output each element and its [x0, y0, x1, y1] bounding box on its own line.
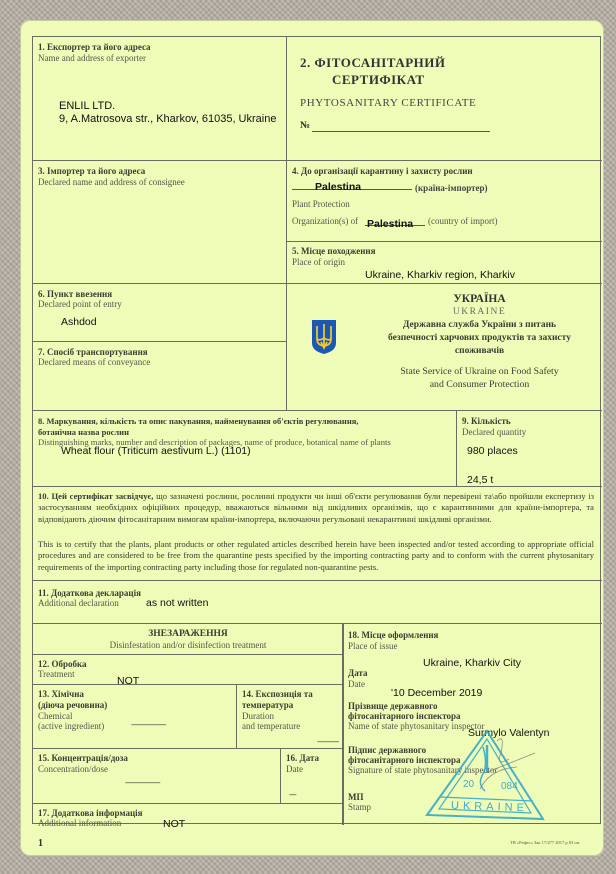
box-17-content: 17. Додаткова інформація Additional info…: [33, 804, 343, 825]
authority-name-ua-line1: Державна служба України з питань: [357, 319, 602, 332]
authority-name-en-line1: State Service of Ukraine on Food Safety: [357, 365, 602, 378]
box-3-label-ua: 3. Імпортер та його адреса: [38, 166, 145, 177]
box-15-label-ua: 15. Концентрація/доза: [38, 753, 128, 764]
stamp-label-en: Stamp: [348, 802, 371, 813]
issue-date-value: '10 December 2019: [391, 687, 482, 700]
box-9-label-ua: 9. Кількість: [462, 416, 511, 427]
point-of-entry-value: Ashdod: [61, 316, 97, 329]
treatment-date-value: -----: [289, 792, 296, 799]
exporter-address: 9, A.Matrosova str., Kharkov, 61035, Ukr…: [59, 113, 276, 126]
box-3-consignee: 3. Імпортер та його адреса Declared name…: [33, 161, 287, 284]
trident-coat-of-arms-icon: [311, 319, 337, 355]
box-5-label-en: Place of origin: [292, 257, 345, 268]
box-9-label-en: Declared quantity: [462, 427, 526, 438]
importer-country-value-en: Palestina: [367, 218, 413, 231]
issue-date-label-en: Date: [348, 679, 365, 690]
import-country-suffix-en: (country of import): [428, 216, 497, 227]
place-of-issue-value: Ukraine, Kharkiv City: [423, 657, 521, 670]
box-18-place-of-issue: 18. Місце оформлення Place of issue Ukra…: [343, 624, 602, 825]
goods-description-value: Wheat flour (Triticum aestivum L.) (1101…: [61, 445, 251, 458]
certification-text-ua: 10. Цей сертифікат засвідчує, що зазначе…: [38, 491, 594, 525]
box-13-label-en-line2: (active ingredient): [38, 721, 104, 732]
box-11-additional-declaration: 11. Додаткова декларація Additional decl…: [33, 581, 602, 624]
box-1-label-ua: 1. Експортер та його адреса: [38, 42, 151, 53]
certification-text-en: This is to certify that the plants, plan…: [38, 539, 594, 573]
box-14-label-ua-line1: 14. Експозиція та: [242, 689, 313, 700]
box-10-label-ua: 10. Цей сертифікат засвідчує,: [38, 491, 153, 501]
box-16-date: 16. Дата Date -----: [281, 749, 343, 804]
box-13-label-ua-line2: (діюча речовина): [38, 700, 107, 711]
official-stamp: 20 084 UKRAINE: [425, 729, 545, 821]
box-4-plant-protection-org: 4. До організації карантину і захисту ро…: [287, 161, 602, 242]
certificate-title-ua-line1: 2. ФІТОСАНІТАРНИЙ: [300, 55, 445, 71]
box-17-label-en: Additional information: [38, 818, 121, 829]
page-number: 1: [38, 838, 43, 849]
quantity-places-value: 980 places: [467, 445, 518, 458]
issuing-authority: УКРАЇНА UKRAINE Державна служба України …: [287, 284, 602, 411]
concentration-dose-value: --------------------------: [125, 780, 160, 787]
box-16-label-ua: 16. Дата: [286, 753, 319, 764]
duration-temperature-value: ----------------: [317, 739, 338, 746]
box-14-label-ua-line2: температура: [242, 700, 293, 711]
certificate-title-en: PHYTOSANITARY CERTIFICATE: [300, 97, 476, 109]
authority-name-ua-line3: споживачів: [357, 345, 602, 358]
box-6-point-of-entry: 6. Пункт ввезення Declared point of entr…: [33, 284, 287, 342]
box-12-treatment: 12. Обробка Treatment NOT: [33, 655, 343, 685]
treatment-heading-ua: ЗНЕЗАРАЖЕННЯ: [33, 629, 343, 640]
authority-country-en: UKRAINE: [357, 306, 602, 318]
issue-date-label-ua: Дата: [348, 668, 368, 679]
certificate-form: 1. Експортер та його адреса Name and add…: [32, 36, 601, 824]
stamp-left-number: 20: [463, 779, 474, 790]
authority-name-ua-line2: безпечності харчових продуктів та захист…: [357, 332, 602, 345]
box-7-label-en: Declared means of conveyance: [38, 357, 150, 368]
box-14-label-en-line2: and temperature: [242, 721, 300, 732]
authority-name-en-line2: and Consumer Protection: [357, 378, 602, 391]
box-7-means-of-conveyance: 7. Спосіб транспортування Declared means…: [33, 342, 287, 411]
box-15-label-en: Concentration/dose: [38, 764, 108, 775]
treatment-heading-en: Disinfestation and/or disinfection treat…: [33, 640, 343, 651]
box-2-certificate-title: 2. ФІТОСАНІТАРНИЙ СЕРТИФІКАТ PHYTOSANITA…: [287, 37, 602, 161]
treatment-heading: ЗНЕЗАРАЖЕННЯ Disinfestation and/or disin…: [33, 624, 343, 655]
stamp-right-number: 084: [501, 781, 518, 792]
plant-protection-label: Plant Protection: [292, 199, 350, 210]
box-18-divider: [343, 624, 344, 825]
printer-note: ТВ «Рефес» Зак 17/477 2017 р 83 шт: [510, 840, 580, 845]
exporter-name: ENLIL LTD.: [59, 100, 115, 113]
box-15-concentration-dose: 15. Концентрація/доза Concentration/dose…: [33, 749, 281, 804]
chemical-value: --------------------------: [131, 722, 166, 729]
box-12-label-en: Treatment: [38, 669, 75, 680]
place-of-origin-value: Ukraine, Kharkiv region, Kharkiv: [365, 269, 515, 282]
box-3-label-en: Declared name and address of consignee: [38, 177, 185, 188]
box-13-label-ua-line1: 13. Хімічна: [38, 689, 84, 700]
authority-country-ua: УКРАЇНА: [357, 292, 602, 306]
importer-country-suffix-ua: (країна-імпортер): [415, 183, 488, 194]
additional-declaration-value: as not written: [146, 597, 208, 610]
certificate-title-ua-line2: СЕРТИФІКАТ: [332, 72, 425, 88]
additional-information-value: NOT: [163, 818, 185, 831]
box-1-label-en: Name and address of exporter: [38, 53, 146, 64]
importer-country-value-ua: Palestina: [315, 181, 361, 194]
box-4-label-ua: 4. До організації карантину і захисту ро…: [292, 166, 473, 177]
box-10-certification-statement: 10. Цей сертифікат засвідчує, що зазначе…: [33, 487, 602, 581]
box-8-label-ua-line1: 8. Маркування, кількість та опис пакуван…: [38, 416, 358, 427]
box-11-label-en: Additional declaration: [38, 598, 119, 609]
box-9-declared-quantity: 9. Кількість Declared quantity 980 place…: [457, 411, 602, 487]
quantity-weight-value: 24,5 t: [467, 474, 493, 487]
box-18-label-ua: 18. Місце оформлення: [348, 630, 438, 641]
box-5-place-of-origin: 5. Місце походження Place of origin Ukra…: [287, 242, 602, 284]
certificate-number-field: [312, 131, 490, 132]
box-8-description-of-goods: 8. Маркування, кількість та опис пакуван…: [33, 411, 457, 487]
box-16-label-en: Date: [286, 764, 303, 775]
box-13-chemical: 13. Хімічна (діюча речовина) Chemical (a…: [33, 685, 237, 749]
certificate-number-label: №: [300, 120, 310, 131]
box-5-label-ua: 5. Місце походження: [292, 246, 375, 257]
box-18-label-en: Place of issue: [348, 641, 398, 652]
box-6-label-en: Declared point of entry: [38, 299, 122, 310]
box-14-duration-temperature: 14. Експозиція та температура Duration a…: [237, 685, 343, 749]
box-1-exporter: 1. Експортер та його адреса Name and add…: [33, 37, 287, 161]
organization-prefix: Organization(s) of: [292, 216, 358, 227]
